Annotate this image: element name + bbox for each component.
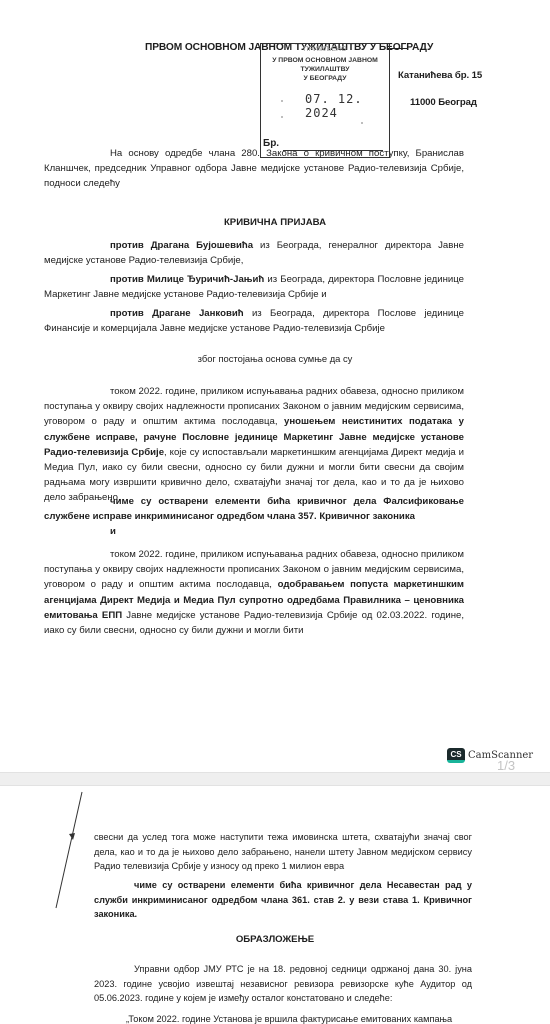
intro-paragraph: На основу одредбе члана 280. Закона о кр… (44, 146, 464, 192)
document-page-1: ПРВОМ ОСНОВНОМ ЈАВНОМ ТУЖИЛАШТВУ У БЕОГР… (0, 0, 550, 772)
conjunction-and: и (110, 526, 116, 537)
page-indicator: 1/3 (497, 758, 515, 773)
continuation-paragraph: свесни да услед тога може наступити тежа… (94, 830, 472, 874)
page-separator (0, 772, 550, 786)
camscanner-watermark: CS CamScanner (447, 748, 533, 763)
reasoning-paragraph-1: Управни одбор ЈМУ РТС је на 18. редовној… (94, 962, 472, 1006)
count-2-paragraph: током 2022. године, приликом испуњавања … (44, 547, 464, 638)
stamp-received-label: ПРИМЉЕНО (261, 46, 389, 53)
address-street: Катанићева бр. 15 (398, 68, 482, 83)
stamp-speck (281, 116, 283, 118)
stamp-speck (361, 122, 363, 124)
reasoning-heading: ОБРАЗЛОЖЕЊЕ (0, 934, 550, 945)
stamp-speck (281, 100, 283, 102)
received-stamp: ПРИМЉЕНО У ПРВОМ ОСНОВНОМ ЈАВНОМ ТУЖИЛАШ… (260, 43, 390, 158)
against-1: против Драгана Бујошевића из Београда, г… (44, 238, 464, 268)
document-title: КРИВИЧНА ПРИЈАВА (0, 217, 550, 228)
reasoning-paragraph-2: „Током 2022. године Установа је вршила ф… (94, 1012, 472, 1024)
stamp-organization: У ПРВОМ ОСНОВНОМ ЈАВНОМ ТУЖИЛАШТВУ У БЕО… (263, 56, 387, 83)
count-2-offense: чиме су остварени елементи бића кривично… (94, 878, 472, 922)
suspicion-heading: због постојања основа сумње да су (0, 353, 550, 364)
against-3: против Драгане Јанковић из Београда, дир… (44, 306, 464, 336)
against-2: против Милице Ђуричић-Јањић из Београда,… (44, 272, 464, 302)
count-1-offense: чиме су остварени елементи бића кривично… (44, 494, 464, 524)
addressee-underline (388, 48, 408, 49)
camscanner-logo-icon: CS (447, 748, 465, 763)
address-city: 11000 Београд (410, 95, 477, 110)
count-1-paragraph: током 2022. године, приликом испуњавања … (44, 384, 464, 506)
stamp-date: 07. 12. 2024 (305, 92, 389, 120)
pen-mark-icon (52, 790, 92, 910)
